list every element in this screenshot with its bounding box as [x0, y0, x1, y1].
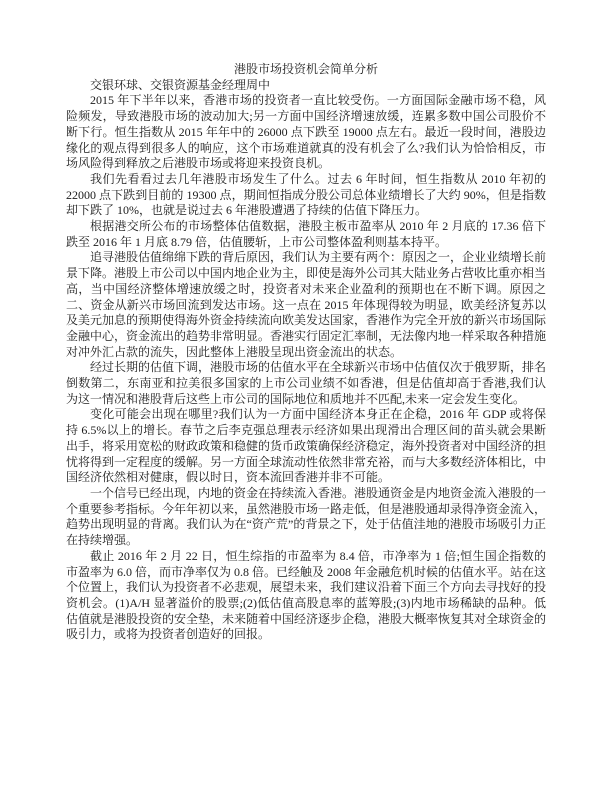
document-byline: 交银环球、交银资源基金经理周中	[66, 78, 546, 94]
document-content: 港股市场投资机会简单分析 交银环球、交银资源基金经理周中 2015 年下半年以来…	[66, 62, 546, 643]
paragraph-6: 变化可能会出现在哪里?我们认为一方面中国经济本身正在企稳，2016 年 GDP …	[66, 407, 546, 486]
paragraph-1: 2015 年下半年以来，香港市场的投资者一直比较受伤。一方面国际金融市场不稳，风…	[66, 93, 546, 172]
document-page: 港股市场投资机会简单分析 交银环球、交银资源基金经理周中 2015 年下半年以来…	[0, 0, 612, 792]
paragraph-3: 根据港交所公布的市场整体估值数据，港股主板市盈率从 2010 年 2 月底的 1…	[66, 219, 546, 250]
paragraph-4: 追寻港股估值绵绵下跌的背后原因，我们认为主要有两个：原因之一，企业业绩增长前景下…	[66, 250, 546, 360]
paragraph-8: 截止 2016 年 2 月 22 日，恒生综指的市盈率为 8.4 倍，市净率为 …	[66, 549, 546, 643]
paragraph-5: 经过长期的估值下调，港股市场的估值水平在全球新兴市场中估值仅次于俄罗斯，排名倒数…	[66, 360, 546, 407]
paragraph-2: 我们先看看过去几年港股市场发生了什么。过去 6 年时间，恒生指数从 2010 年…	[66, 172, 546, 219]
paragraph-7: 一个信号已经出现，内地的资金在持续流入香港。港股通资金是内地资金流入港股的一个重…	[66, 486, 546, 549]
document-title: 港股市场投资机会简单分析	[66, 62, 546, 78]
